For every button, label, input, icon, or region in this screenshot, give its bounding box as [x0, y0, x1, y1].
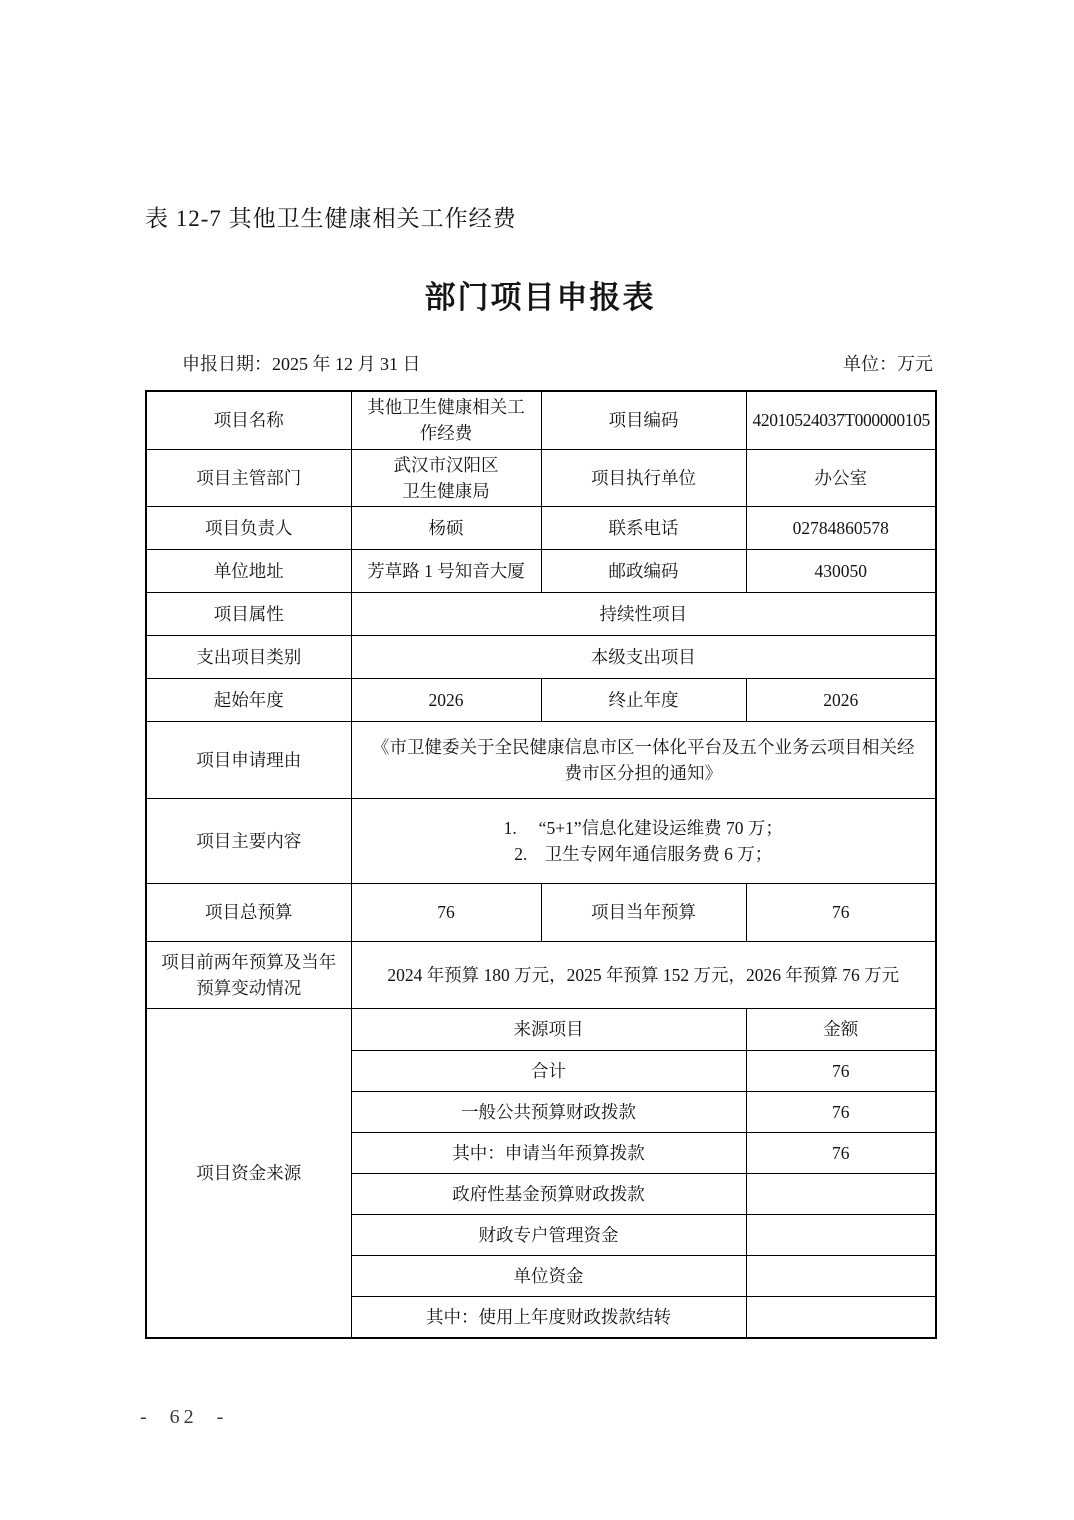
postcode-value: 430050: [746, 550, 936, 593]
dept-label: 项目主管部门: [146, 449, 351, 507]
funding-row-amount: 76: [746, 1092, 936, 1133]
funding-row-amount: [746, 1297, 936, 1338]
exec-unit-value: 办公室: [746, 449, 936, 507]
end-year-value: 2026: [746, 679, 936, 722]
attribute-value: 持续性项目: [351, 593, 936, 636]
table-row: 单位地址 芳草路 1 号知音大厦 邮政编码 430050: [146, 550, 936, 593]
address-label: 单位地址: [146, 550, 351, 593]
project-name-label: 项目名称: [146, 391, 351, 449]
funding-row-amount: [746, 1174, 936, 1215]
meta-row: 申报日期：2025 年 12 月 31 日 单位：万元: [145, 350, 935, 376]
funding-row-amount: [746, 1256, 936, 1297]
funding-row-amount: 76: [746, 1133, 936, 1174]
reason-value: 《市卫健委关于全民健康信息市区一体化平台及五个业务云项目相关经 费市区分担的通知…: [351, 722, 936, 799]
funding-row-label: 单位资金: [351, 1256, 746, 1297]
table-row: 项目申请理由 《市卫健委关于全民健康信息市区一体化平台及五个业务云项目相关经 费…: [146, 722, 936, 799]
total-budget-value: 76: [351, 884, 541, 942]
leader-label: 项目负责人: [146, 507, 351, 550]
funding-row-amount: [746, 1215, 936, 1256]
document-page: 表 12-7 其他卫生健康相关工作经费 部门项目申报表 申报日期：2025 年 …: [0, 0, 1074, 1520]
project-code-value: 42010524037T000000105: [746, 391, 936, 449]
funding-row-label: 合计: [351, 1051, 746, 1092]
content-label: 项目主要内容: [146, 799, 351, 884]
table-row: 项目负责人 杨硕 联系电话 02784860578: [146, 507, 936, 550]
dept-value: 武汉市汉阳区 卫生健康局: [351, 449, 541, 507]
funding-section-label: 项目资金来源: [146, 1009, 351, 1338]
unit-label: 单位：万元: [843, 350, 935, 376]
doc-title: 部门项目申报表: [145, 272, 935, 317]
project-code-label: 项目编码: [541, 391, 746, 449]
page-number: - 62 -: [140, 1406, 227, 1429]
doc-heading: 表 12-7 其他卫生健康相关工作经费: [145, 200, 517, 233]
leader-value: 杨硕: [351, 507, 541, 550]
attribute-label: 项目属性: [146, 593, 351, 636]
end-year-label: 终止年度: [541, 679, 746, 722]
funding-row-amount: 76: [746, 1051, 936, 1092]
funding-col-amount: 金额: [746, 1009, 936, 1051]
funding-row-label: 政府性基金预算财政拨款: [351, 1174, 746, 1215]
phone-label: 联系电话: [541, 507, 746, 550]
start-year-label: 起始年度: [146, 679, 351, 722]
report-date: 申报日期：2025 年 12 月 31 日: [145, 350, 421, 376]
content-value: 1. “5+1”信息化建设运维费 70 万； 2. 卫生专网年通信服务费 6 万…: [351, 799, 936, 884]
funding-col-source: 来源项目: [351, 1009, 746, 1051]
table-row: 项目前两年预算及当年 预算变动情况 2024 年预算 180 万元，2025 年…: [146, 942, 936, 1009]
total-budget-label: 项目总预算: [146, 884, 351, 942]
table-row: 支出项目类别 本级支出项目: [146, 636, 936, 679]
table-row: 项目属性 持续性项目: [146, 593, 936, 636]
funding-row-label: 财政专户管理资金: [351, 1215, 746, 1256]
year-budget-label: 项目当年预算: [541, 884, 746, 942]
phone-value: 02784860578: [746, 507, 936, 550]
prev-budget-label: 项目前两年预算及当年 预算变动情况: [146, 942, 351, 1009]
year-budget-value: 76: [746, 884, 936, 942]
application-table: 项目名称 其他卫生健康相关工 作经费 项目编码 42010524037T0000…: [145, 390, 937, 1339]
funding-row-label: 其中：申请当年预算拨款: [351, 1133, 746, 1174]
table-row: 项目主管部门 武汉市汉阳区 卫生健康局 项目执行单位 办公室: [146, 449, 936, 507]
project-name-value: 其他卫生健康相关工 作经费: [351, 391, 541, 449]
table-row: 项目主要内容 1. “5+1”信息化建设运维费 70 万； 2. 卫生专网年通信…: [146, 799, 936, 884]
funding-row-label: 其中：使用上年度财政拨款结转: [351, 1297, 746, 1338]
category-label: 支出项目类别: [146, 636, 351, 679]
table-row: 项目总预算 76 项目当年预算 76: [146, 884, 936, 942]
start-year-value: 2026: [351, 679, 541, 722]
table-row: 项目名称 其他卫生健康相关工 作经费 项目编码 42010524037T0000…: [146, 391, 936, 449]
prev-budget-value: 2024 年预算 180 万元，2025 年预算 152 万元，2026 年预算…: [351, 942, 936, 1009]
category-value: 本级支出项目: [351, 636, 936, 679]
postcode-label: 邮政编码: [541, 550, 746, 593]
exec-unit-label: 项目执行单位: [541, 449, 746, 507]
funding-header-row: 项目资金来源 来源项目 金额: [146, 1009, 936, 1051]
funding-row-label: 一般公共预算财政拨款: [351, 1092, 746, 1133]
table-row: 起始年度 2026 终止年度 2026: [146, 679, 936, 722]
reason-label: 项目申请理由: [146, 722, 351, 799]
address-value: 芳草路 1 号知音大厦: [351, 550, 541, 593]
